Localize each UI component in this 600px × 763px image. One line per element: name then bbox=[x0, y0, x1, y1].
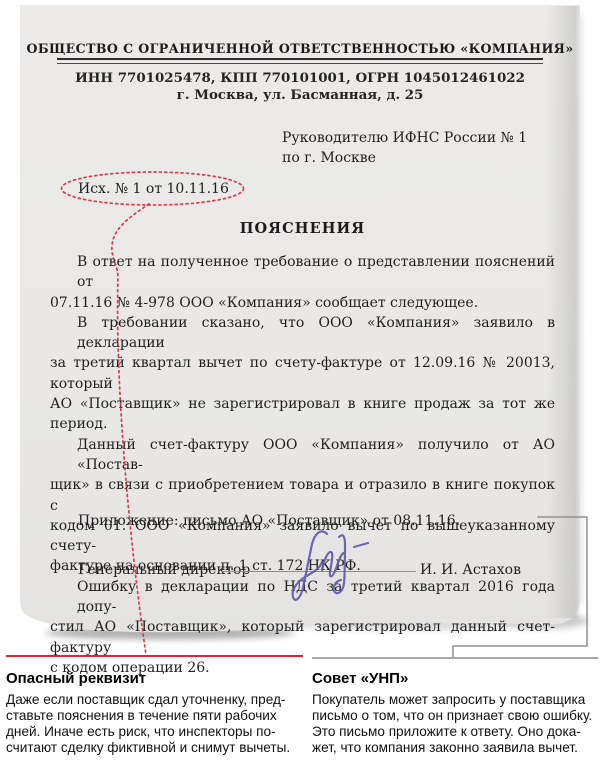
body-line: Данный счет-фактуру ООО «Компания» получ… bbox=[50, 435, 555, 476]
advice-callout-title: Совет «УНП» bbox=[312, 670, 600, 687]
advice-callout-rule bbox=[312, 657, 598, 659]
body-line: В ответ на полученное требование о предс… bbox=[50, 252, 555, 293]
letterhead-divider bbox=[57, 58, 543, 64]
body-line: 07.11.16 № 4-978 ООО «Компания» сообщает… bbox=[50, 293, 555, 313]
danger-callout-text: дней. Иначе есть риск, что инспекторы по… bbox=[6, 724, 304, 740]
danger-callout-text: ставьте пояснения в течение пяти рабочих bbox=[6, 708, 304, 724]
document-body: В ответ на полученное требование о предс… bbox=[50, 252, 555, 678]
body-line: Ошибку в декларации по НДС за третий ква… bbox=[50, 577, 555, 618]
advice-callout-text: Это письмо приложите к ответу. Оно дока- bbox=[312, 724, 600, 740]
body-line: за третий квартал вычет по счету-фактуре… bbox=[50, 353, 555, 394]
danger-callout: Опасный реквизит Даже если поставщик сда… bbox=[6, 670, 304, 756]
magazine-clipping: ОБЩЕСТВО С ОГРАНИЧЕННОЙ ОТВЕТСТВЕННОСТЬЮ… bbox=[0, 0, 600, 763]
body-line: В требовании сказано, что ООО «Компания»… bbox=[50, 313, 555, 354]
paper-shadow bbox=[577, 15, 582, 605]
advice-callout-text: жет, что компания законно заявила вычет. bbox=[312, 740, 600, 756]
danger-callout-text: Даже если поставщик сдал уточненку, пред… bbox=[6, 692, 304, 708]
body-line: щик» в связи с приобретением товара и от… bbox=[50, 475, 555, 516]
document-title: ПОЯСНЕНИЯ bbox=[50, 220, 555, 237]
advice-callout: Совет «УНП» Покупатель может запросить у… bbox=[312, 670, 600, 756]
recipient-block: Руководителю ИФНС России № 1 по г. Москв… bbox=[282, 129, 542, 168]
company-address: г. Москва, ул. Басманная, д. 25 bbox=[20, 87, 580, 103]
advice-callout-text: письмо о том, что он признает свою ошибк… bbox=[312, 708, 600, 724]
outgoing-ref: Исх. № 1 от 10.11.16 bbox=[78, 181, 229, 197]
signer-position: Генеральный директор bbox=[78, 562, 250, 578]
signer-name: И. И. Астахов bbox=[420, 562, 521, 578]
recipient-line1: Руководителю ИФНС России № 1 bbox=[282, 129, 542, 149]
danger-callout-text: считают сделку фиктивной и снимут вычеты… bbox=[6, 740, 304, 756]
recipient-line2: по г. Москве bbox=[282, 149, 542, 169]
advice-callout-text: Покупатель может запросить у поставщика bbox=[312, 692, 600, 708]
attachment-line: Приложение: письмо АО «Поставщик» от 08.… bbox=[78, 513, 460, 529]
signature-line bbox=[221, 571, 416, 572]
company-name: ОБЩЕСТВО С ОГРАНИЧЕННОЙ ОТВЕТСТВЕННОСТЬЮ… bbox=[20, 41, 580, 56]
company-requisites: ИНН 7701025478, КПП 770101001, ОГРН 1045… bbox=[20, 70, 580, 86]
danger-callout-title: Опасный реквизит bbox=[6, 670, 304, 687]
danger-callout-rule bbox=[6, 655, 303, 657]
body-line: АО «Поставщик» не зарегистрировал в книг… bbox=[50, 394, 555, 435]
body-line: стил АО «Поставщик», который зарегистрир… bbox=[50, 617, 555, 658]
